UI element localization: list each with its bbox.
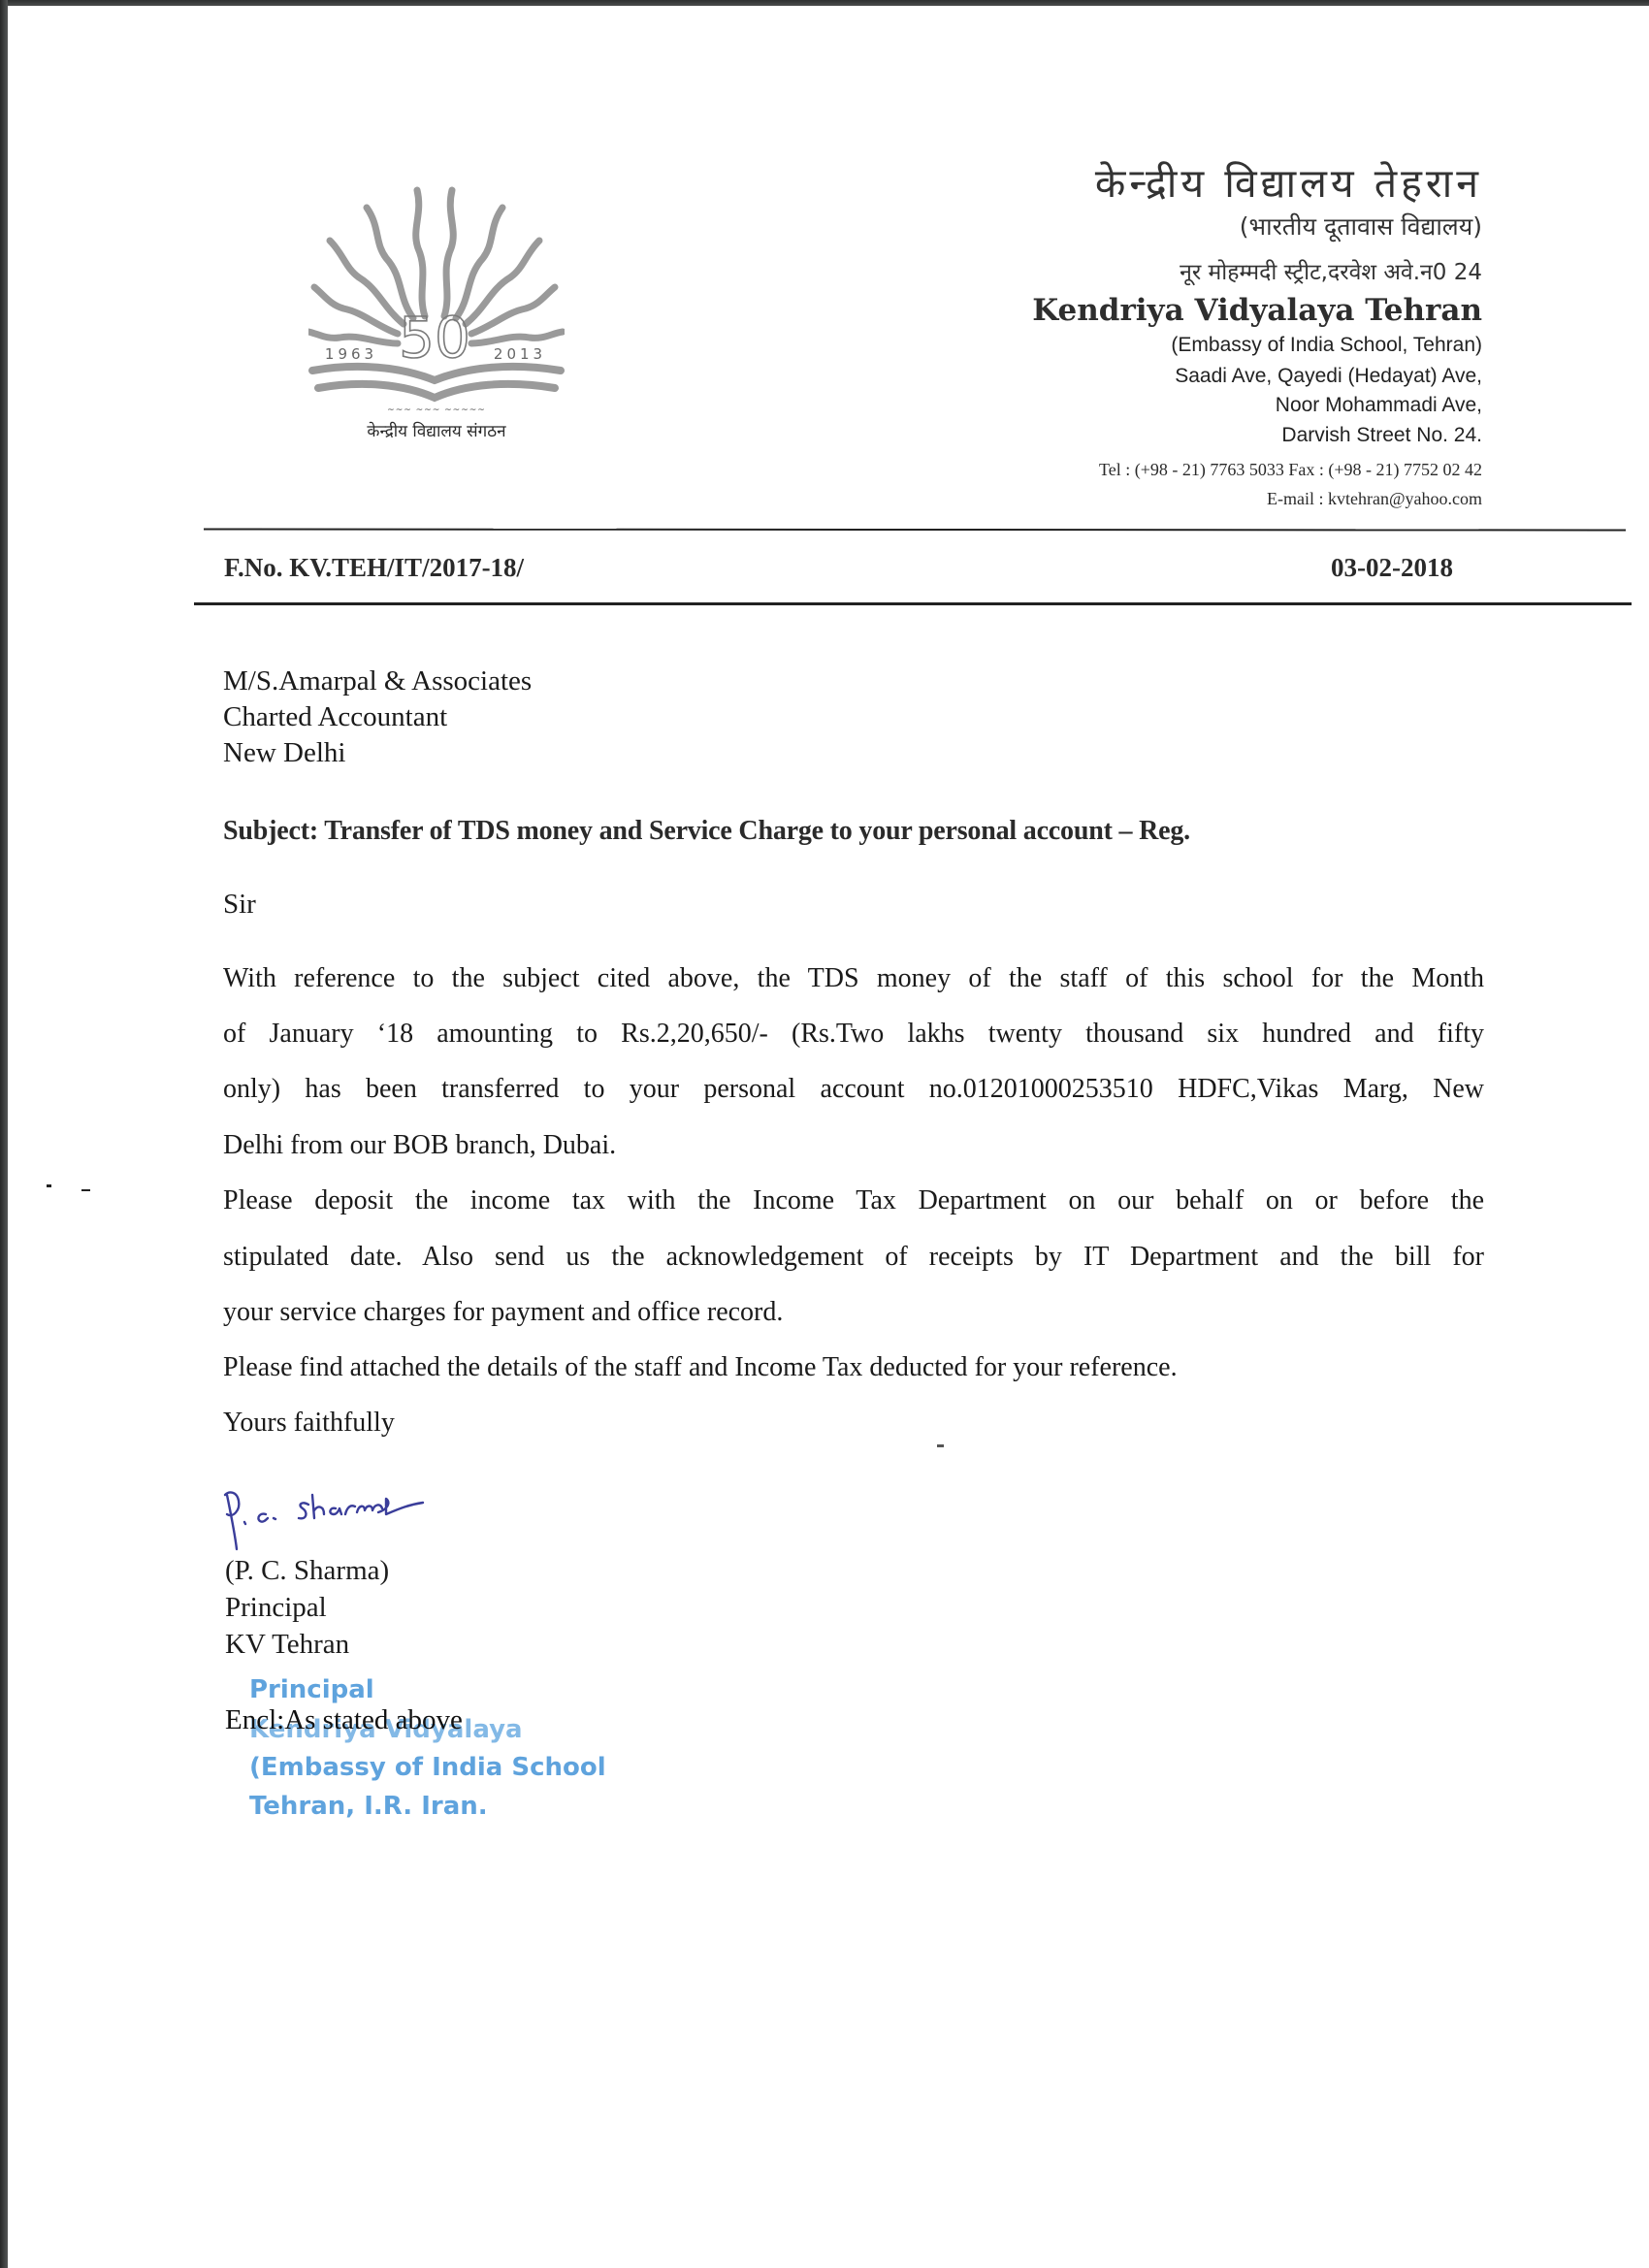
salutation: Sir [223, 889, 256, 921]
svg-text:50: 50 [399, 305, 470, 371]
school-name: Kendriya Vidyalaya Tehran [1032, 293, 1482, 328]
official-stamp-line: Tehran, I.R. Iran. [249, 1792, 488, 1821]
svg-text:2013: 2013 [494, 345, 546, 363]
logo-org-name-hindi: केन्द्रीय विद्यालय संगठन [308, 419, 565, 441]
kvs-golden-jubilee-logo: 50 1963 2013 ~~~ ~~~ ~~~~~ केन्द्रीय विद… [308, 180, 565, 462]
subject-line: Subject: Transfer of TDS money and Servi… [223, 816, 1190, 847]
address-line: Noor Mohammadi Ave, [1276, 394, 1482, 417]
closing: Yours faithfully [223, 1408, 1484, 1439]
body-line: of January ‘18 amounting to Rs.2,20,650/… [223, 1019, 1484, 1050]
scan-speck [81, 1189, 90, 1191]
official-stamp-line: Principal [249, 1675, 374, 1704]
school-subtitle-hindi: (भारतीय दूतावास विद्यालय) [1240, 210, 1482, 243]
tel-fax: Tel : (+98 - 21) 7763 5033 Fax : (+98 - … [1099, 460, 1482, 480]
header-divider [204, 528, 1626, 531]
recipient-line: M/S.Amarpal & Associates [223, 665, 532, 697]
school-subtitle: (Embassy of India School, Tehran) [1171, 334, 1482, 357]
reference-divider [194, 602, 1632, 605]
body-line: Please find attached the details of the … [223, 1352, 1484, 1383]
handwritten-signature-icon [215, 1479, 429, 1557]
scan-border-top [0, 0, 1649, 6]
svg-text:1963: 1963 [325, 345, 377, 363]
official-stamp-line: (Embassy of India School [249, 1753, 606, 1782]
email: E-mail : kvtehran@yahoo.com [1267, 489, 1482, 509]
address-line: Darvish Street No. 24. [1281, 424, 1482, 447]
scan-speck [937, 1444, 944, 1447]
address-hindi: नूर मोहम्मदी स्ट्रीट,दरवेश अवे.न0 24 [1180, 255, 1482, 286]
school-name-hindi: केन्द्रीय विद्यालय तेहरान [1095, 155, 1482, 210]
letter-date: 03-02-2018 [1331, 553, 1453, 583]
body-line: Delhi from our BOB branch, Dubai. [223, 1130, 1484, 1161]
sun-rays-book-emblem-icon: 50 1963 2013 [308, 180, 565, 405]
enclosure-note: Encl:As stated above [225, 1704, 463, 1736]
recipient-line: New Delhi [223, 737, 345, 769]
body-line: Please deposit the income tax with the I… [223, 1185, 1484, 1216]
logo-motto-decorative: ~~~ ~~~ ~~~~~ [308, 405, 565, 415]
body-line: your service charges for payment and off… [223, 1297, 1484, 1328]
scan-border-left [0, 0, 8, 2268]
body-line: only) has been transferred to your perso… [223, 1074, 1484, 1105]
scan-speck [47, 1184, 51, 1187]
body-line: stipulated date. Also send us the acknow… [223, 1242, 1484, 1273]
signatory-organization: KV Tehran [225, 1629, 349, 1661]
address-line: Saadi Ave, Qayedi (Hedayat) Ave, [1175, 365, 1482, 388]
file-number: F.No. KV.TEH/IT/2017-18/ [224, 553, 524, 583]
signatory-designation: Principal [225, 1592, 327, 1624]
recipient-line: Charted Accountant [223, 701, 447, 733]
signatory-name: (P. C. Sharma) [225, 1555, 389, 1587]
body-line: With reference to the subject cited abov… [223, 963, 1484, 994]
